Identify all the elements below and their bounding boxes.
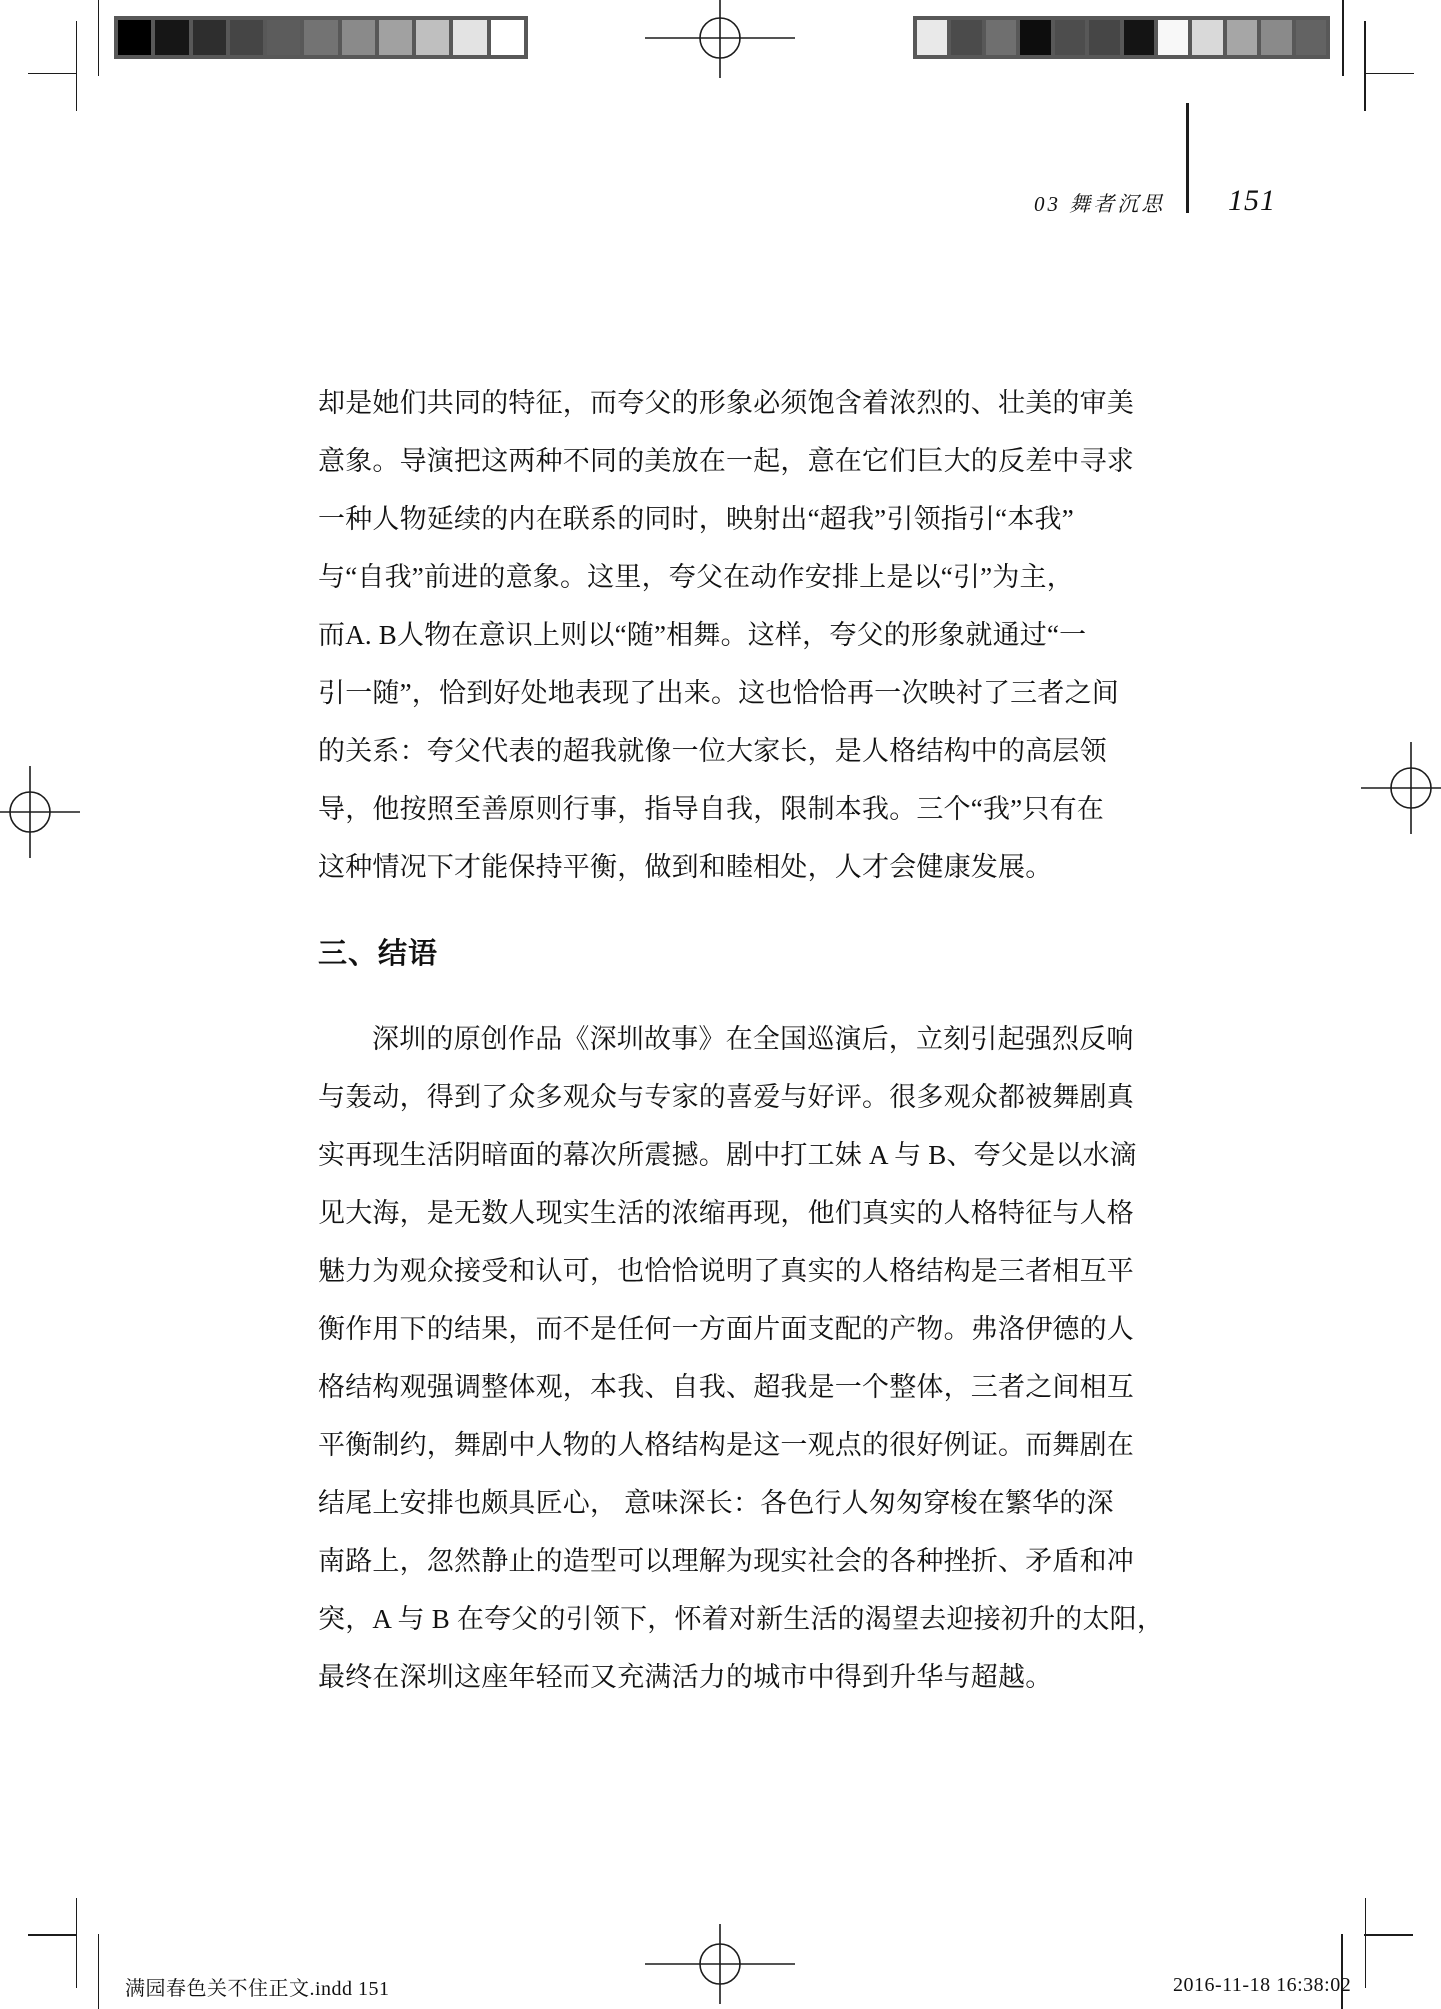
text-line: 引一随”，恰到好处地表现了出来。这也恰恰再一次映衬了三者之间	[318, 664, 1136, 722]
slug-timestamp: 2016-11-18 16:38:02	[1173, 1974, 1351, 1997]
calibration-swatch	[1089, 20, 1119, 55]
header-rule	[1186, 103, 1189, 213]
text-block: 却是她们共同的特征，而夸父的形象必须饱含着浓烈的、壮美的审美意象。导演把这两种不…	[318, 374, 1136, 1706]
grayscale-calibration-bar-right	[913, 16, 1330, 59]
crop-mark	[98, 1934, 100, 2009]
text-line: 与“自我”前进的意象。这里，夸父在动作安排上是以“引”为主，	[318, 548, 1136, 606]
calibration-swatch	[986, 20, 1016, 55]
registration-target-right	[1357, 742, 1441, 834]
section-heading: 三、结语	[318, 932, 1136, 976]
registration-target-top	[640, 0, 800, 80]
crop-mark	[1341, 1934, 1343, 2009]
text-line: 最终在深圳这座年轻而又充满活力的城市中得到升华与超越。	[318, 1648, 1136, 1706]
calibration-swatch	[118, 20, 151, 55]
calibration-swatch	[416, 20, 449, 55]
text-line: 魅力为观众接受和认可，也恰恰说明了真实的人格结构是三者相互平	[318, 1242, 1136, 1300]
calibration-swatch	[1192, 20, 1222, 55]
crop-mark	[1342, 0, 1344, 76]
calibration-swatch	[342, 20, 375, 55]
calibration-swatch	[1055, 20, 1085, 55]
crop-mark	[1364, 21, 1366, 111]
text-line: 却是她们共同的特征，而夸父的形象必须饱含着浓烈的、壮美的审美	[318, 374, 1136, 432]
calibration-swatch	[304, 20, 337, 55]
calibration-swatch	[193, 20, 226, 55]
calibration-swatch	[1124, 20, 1154, 55]
registration-target-bottom	[640, 1924, 800, 2004]
text-line: 与轰动，得到了众多观众与专家的喜爱与好评。很多观众都被舞剧真	[318, 1068, 1136, 1126]
crop-mark	[28, 73, 77, 75]
calibration-swatch	[453, 20, 486, 55]
calibration-swatch	[951, 20, 981, 55]
text-line: 而A. B人物在意识上则以“随”相舞。这样，夸父的形象就通过“一	[318, 606, 1136, 664]
text-line: 平衡制约，舞剧中人物的人格结构是这一观点的很好例证。而舞剧在	[318, 1416, 1136, 1474]
paragraph-1: 却是她们共同的特征，而夸父的形象必须饱含着浓烈的、壮美的审美意象。导演把这两种不…	[318, 374, 1136, 896]
text-line: 实再现生活阴暗面的幕次所震撼。剧中打工妹 A 与 B、夸父是以水滴	[318, 1126, 1136, 1184]
calibration-swatch	[379, 20, 412, 55]
registration-target-left	[0, 766, 84, 858]
crop-mark	[28, 1934, 77, 1936]
text-line: 衡作用下的结果，而不是任何一方面片面支配的产物。弗洛伊德的人	[318, 1300, 1136, 1358]
calibration-swatch	[230, 20, 263, 55]
page: { "header": { "chapter_label": "03 舞者沉思"…	[0, 0, 1441, 2009]
grayscale-calibration-bar-left	[114, 16, 528, 59]
crop-mark	[76, 21, 78, 111]
text-line: 导，他按照至善原则行事，指导自我，限制本我。三个“我”只有在	[318, 780, 1136, 838]
crop-mark	[1365, 1898, 1367, 1988]
calibration-swatch	[1158, 20, 1188, 55]
calibration-swatch	[1261, 20, 1291, 55]
text-line: 这种情况下才能保持平衡，做到和睦相处，人才会健康发展。	[318, 838, 1136, 896]
calibration-swatch	[267, 20, 300, 55]
paragraph-2: 深圳的原创作品《深圳故事》在全国巡演后，立刻引起强烈反响与轰动，得到了众多观众与…	[318, 1010, 1136, 1706]
text-line: 意象。导演把这两种不同的美放在一起，意在它们巨大的反差中寻求	[318, 432, 1136, 490]
page-number: 151	[1228, 184, 1276, 218]
text-line: 深圳的原创作品《深圳故事》在全国巡演后，立刻引起强烈反响	[318, 1010, 1136, 1068]
text-line: 一种人物延续的内在联系的同时，映射出“超我”引领指引“本我”	[318, 490, 1136, 548]
calibration-swatch	[491, 20, 524, 55]
text-line: 见大海，是无数人现实生活的浓缩再现，他们真实的人格特征与人格	[318, 1184, 1136, 1242]
text-line: 突，A 与 B 在夸父的引领下，怀着对新生活的渴望去迎接初升的太阳，	[318, 1590, 1136, 1648]
text-line: 结尾上安排也颇具匠心， 意味深长：各色行人匆匆穿梭在繁华的深	[318, 1474, 1136, 1532]
crop-mark	[76, 1898, 78, 1988]
text-line: 格结构观强调整体观，本我、自我、超我是一个整体，三者之间相互	[318, 1358, 1136, 1416]
crop-mark	[98, 0, 100, 76]
calibration-swatch	[1227, 20, 1257, 55]
calibration-swatch	[1020, 20, 1050, 55]
calibration-swatch	[917, 20, 947, 55]
text-line: 南路上，忽然静止的造型可以理解为现实社会的各种挫折、矛盾和冲	[318, 1532, 1136, 1590]
slug-file-info: 满园春色关不住正文.indd 151	[125, 1972, 390, 2001]
crop-mark	[1364, 1934, 1413, 1936]
running-head: 03 舞者沉思	[1034, 188, 1165, 218]
calibration-swatch	[155, 20, 188, 55]
text-line: 的关系：夸父代表的超我就像一位大家长，是人格结构中的高层领	[318, 722, 1136, 780]
calibration-swatch	[1296, 20, 1326, 55]
crop-mark	[1365, 73, 1414, 75]
